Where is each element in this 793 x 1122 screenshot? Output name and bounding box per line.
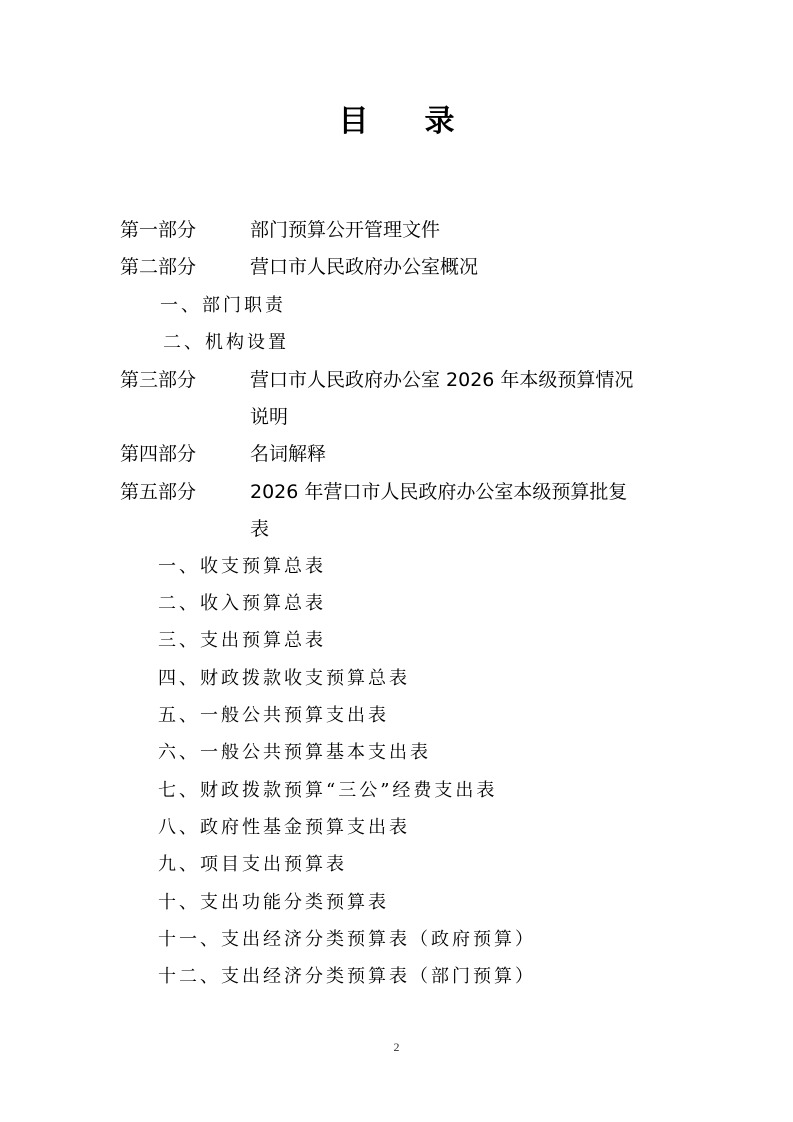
toc-subitem: 十、支出功能分类预算表 xyxy=(158,884,389,921)
toc-title: 目录 xyxy=(0,96,793,140)
toc-subitem: 五、一般公共预算支出表 xyxy=(158,697,389,734)
toc-subitem: 十一、支出经济分类预算表（政府预算） xyxy=(158,921,536,958)
part-title-continuation: 说明 xyxy=(250,399,288,436)
part-label: 第四部分 xyxy=(120,436,250,473)
title-char-2: 录 xyxy=(425,96,455,140)
part-label: 第二部分 xyxy=(120,249,250,286)
toc-entry-part-1: 第一部分部门预算公开管理文件 xyxy=(120,212,440,249)
toc-subitem: 九、项目支出预算表 xyxy=(158,846,347,883)
toc-entry-part-3: 第三部分营口市人民政府办公室 2026 年本级预算情况 xyxy=(120,362,633,399)
part-title: 营口市人民政府办公室 2026 年本级预算情况 xyxy=(250,362,633,399)
title-char-1: 目 xyxy=(339,96,369,140)
part-label: 第一部分 xyxy=(120,212,250,249)
toc-subitem: 四、财政拨款收支预算总表 xyxy=(158,660,410,697)
toc-subitem: 十二、支出经济分类预算表（部门预算） xyxy=(158,958,536,995)
document-page: 目录 第一部分部门预算公开管理文件 第二部分营口市人民政府办公室概况 一、部门职… xyxy=(0,0,793,1122)
toc-subitem: 三、支出预算总表 xyxy=(158,622,326,659)
toc-entry-part-4: 第四部分名词解释 xyxy=(120,436,326,473)
part-label: 第五部分 xyxy=(120,474,250,511)
part-title-continuation: 表 xyxy=(250,511,269,548)
page-number: 2 xyxy=(0,1040,793,1055)
toc-entry-part-2: 第二部分营口市人民政府办公室概况 xyxy=(120,249,478,286)
toc-subitem: 六、一般公共预算基本支出表 xyxy=(158,734,431,771)
toc-subitem: 八、政府性基金预算支出表 xyxy=(158,809,410,846)
part-title: 名词解释 xyxy=(250,436,326,473)
toc-subitem: 一、部门职责 xyxy=(160,287,286,324)
toc-subitem: 七、财政拨款预算“三公”经费支出表 xyxy=(158,772,497,809)
toc-subitem: 二、机构设置 xyxy=(163,324,289,361)
part-title: 2026 年营口市人民政府办公室本级预算批复 xyxy=(250,474,627,511)
toc-entry-part-5: 第五部分2026 年营口市人民政府办公室本级预算批复 xyxy=(120,474,627,511)
toc-subitem: 二、收入预算总表 xyxy=(158,585,326,622)
toc-subitem: 一、收支预算总表 xyxy=(158,548,326,585)
part-title: 部门预算公开管理文件 xyxy=(250,212,440,249)
part-label: 第三部分 xyxy=(120,362,250,399)
part-title: 营口市人民政府办公室概况 xyxy=(250,249,478,286)
